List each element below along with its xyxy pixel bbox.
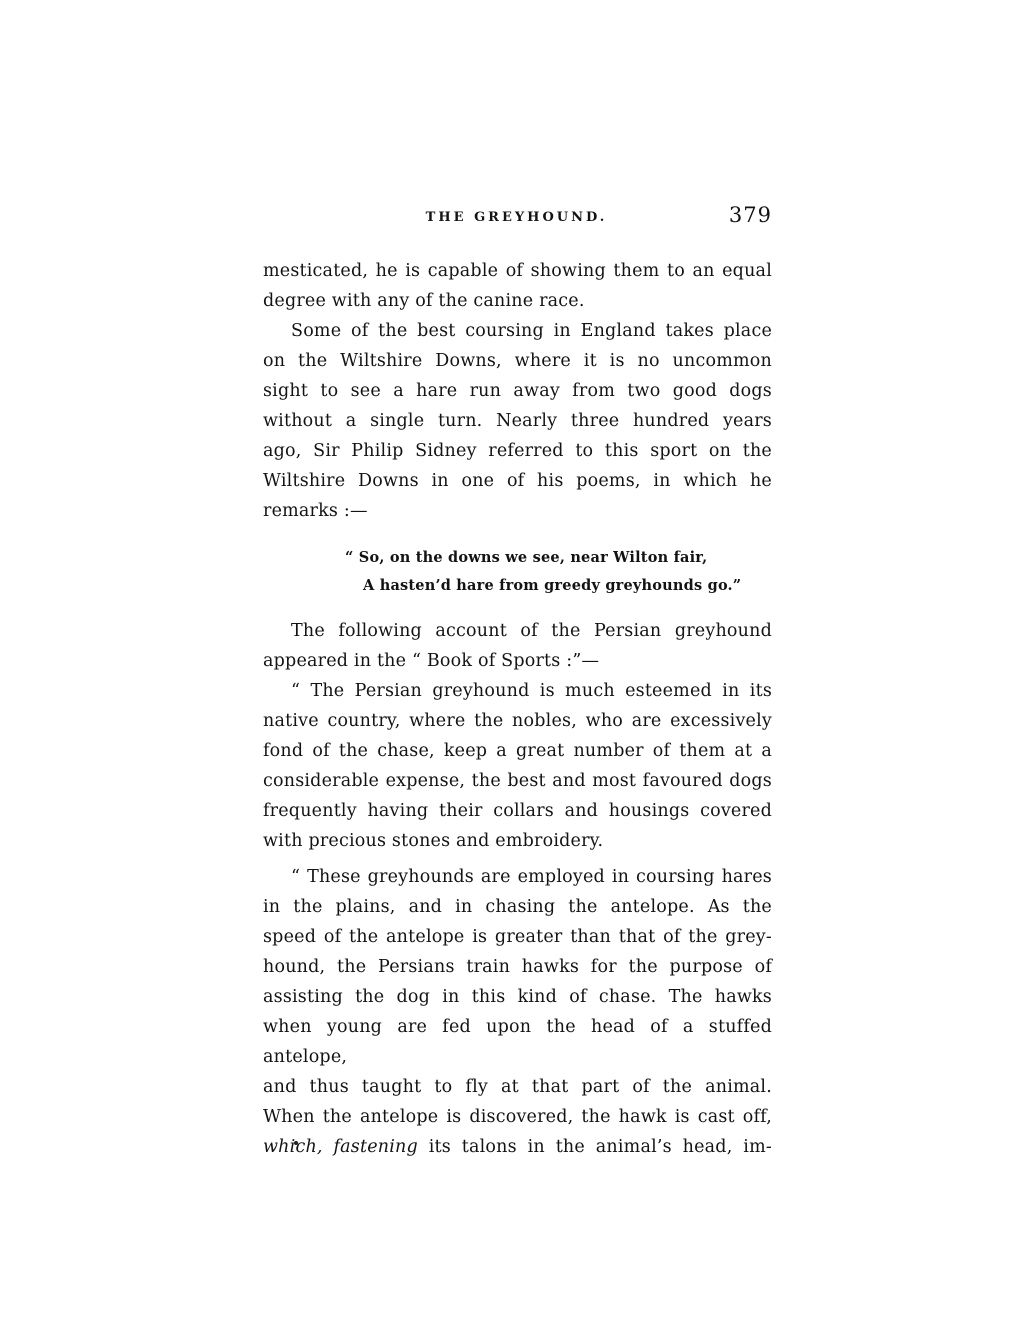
book-page: THE GREYHOUND. 379 mesticated, he is cap…	[0, 0, 1033, 1339]
text-line: frequently having their collars and hous…	[263, 796, 772, 826]
paragraph: mesticated, he is capable of showing the…	[263, 256, 772, 316]
paragraph: The following account of the Persian gre…	[263, 616, 772, 676]
text-line: When the antelope is discovered, the haw…	[263, 1102, 772, 1132]
text-line: sight to see a hare run away from two go…	[263, 376, 772, 406]
text-line: Some of the best coursing in England tak…	[263, 316, 772, 346]
text-line: “ The Persian greyhound is much esteemed…	[263, 676, 772, 706]
text-line: degree with any of the canine race.	[263, 286, 772, 316]
text-line: “ These greyhounds are employed in cours…	[263, 862, 772, 892]
text-line: with precious stones and embroidery.	[263, 826, 772, 856]
text-line: native country, where the nobles, who ar…	[263, 706, 772, 736]
text-line: appeared in the “ Book of Sports :”—	[263, 646, 772, 676]
paragraph: “ These greyhounds are employed in cours…	[263, 862, 772, 1162]
text-line: speed of the antelope is greater than th…	[263, 922, 772, 952]
scan-artifact-dot	[294, 1141, 298, 1145]
text-line: hound, the Persians train hawks for the …	[263, 952, 772, 982]
verse-line: A hasten’d hare from greedy greyhounds g…	[363, 572, 772, 600]
page-number: 379	[729, 203, 772, 227]
text-line: Wiltshire Downs in one of his poems, in …	[263, 466, 772, 496]
running-title: THE GREYHOUND.	[0, 210, 1033, 225]
italic-text: which, fastening	[263, 1137, 418, 1157]
text-line: without a single turn. Nearly three hund…	[263, 406, 772, 436]
text-line: assisting the dog in this kind of chase.…	[263, 982, 772, 1012]
text-span: its talons in the animal’s head, im-	[418, 1137, 772, 1157]
text-line: ago, Sir Philip Sidney referred to this …	[263, 436, 772, 466]
verse-quotation: “ So, on the downs we see, near Wilton f…	[345, 544, 772, 600]
paragraph: “ The Persian greyhound is much esteemed…	[263, 676, 772, 856]
paragraph: Some of the best coursing in England tak…	[263, 316, 772, 526]
text-line: remarks :—	[263, 496, 772, 526]
text-line: fond of the chase, keep a great number o…	[263, 736, 772, 766]
text-line: when young are fed upon the head of a st…	[263, 1012, 772, 1072]
text-line: which, fastening its talons in the anima…	[263, 1132, 772, 1162]
text-line: and thus taught to fly at that part of t…	[263, 1072, 772, 1102]
verse-line: “ So, on the downs we see, near Wilton f…	[345, 544, 772, 572]
text-line: on the Wiltshire Downs, where it is no u…	[263, 346, 772, 376]
text-line: mesticated, he is capable of showing the…	[263, 256, 772, 286]
text-line: in the plains, and in chasing the antelo…	[263, 892, 772, 922]
text-block: mesticated, he is capable of showing the…	[263, 256, 772, 1162]
text-line: The following account of the Persian gre…	[263, 616, 772, 646]
text-line: considerable expense, the best and most …	[263, 766, 772, 796]
